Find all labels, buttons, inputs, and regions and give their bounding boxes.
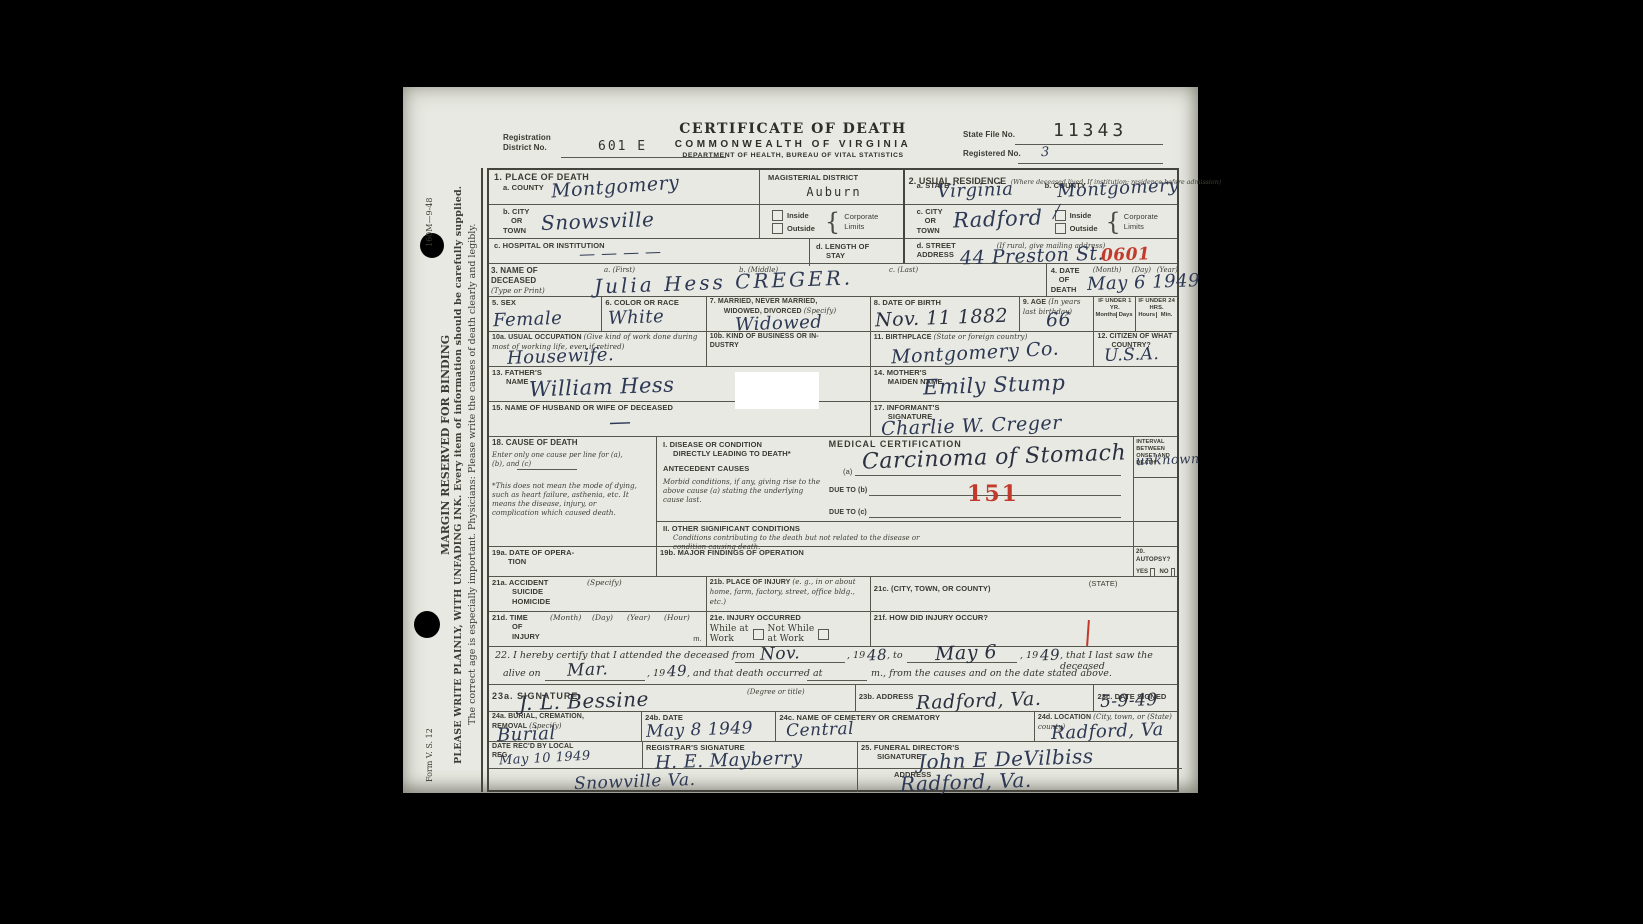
due-to-c-line	[869, 517, 1121, 518]
field-injury-occurred: 21e. INJURY OCCURRED While atWork Not Wh…	[706, 612, 870, 646]
while-at-label: While at	[710, 624, 749, 634]
magisterial-district-value: Auburn	[760, 185, 908, 199]
pod-outside-label: Outside	[787, 224, 815, 233]
father-value: William Hess	[529, 372, 675, 401]
field-res-city: c. CITY OR TOWN Radford ╱Inside Outside …	[905, 205, 1177, 239]
sex-label: 5. SEX	[492, 298, 598, 307]
field-how-injury-occurred: 21f. HOW DID INJURY OCCUR?	[870, 612, 1177, 646]
magisterial-district-label: MAGISTERIAL DISTRICT	[760, 170, 908, 182]
injury-a-label-2: SUICIDE	[492, 587, 543, 596]
res-checkboxes: ╱Inside Outside	[1055, 208, 1098, 236]
due-to-b-label: DUE TO (b)	[829, 487, 867, 496]
print-code: 160M—9-48	[425, 127, 434, 247]
pod-outside-checkbox	[772, 223, 783, 234]
margin-instruction-2: The correct age is especially important.…	[467, 167, 478, 782]
pod-hospital-value: ————	[579, 241, 668, 263]
certify-19a: , 19	[847, 650, 865, 661]
marital-label-1: 7. MARRIED, NEVER MARRIED,	[710, 298, 818, 305]
operation-date-label-1: 19a. DATE OF OPERA-	[492, 548, 574, 557]
name-label-1: 3. NAME OF	[491, 266, 538, 275]
cemetery-value: Central	[786, 719, 855, 741]
registered-no-value: 3	[1041, 145, 1050, 160]
cause-note-1: Enter only one cause per line for (a), (…	[492, 451, 632, 469]
certify-19b: , 19	[1020, 650, 1038, 661]
age-label-main: 9. AGE	[1023, 299, 1046, 306]
injury-a-label-3: HOMICIDE	[492, 597, 550, 606]
certify-from-value: Nov.	[760, 643, 801, 664]
form-number: Form V. S. 12	[425, 667, 434, 782]
row-burial: 24a. BURIAL, CREMATION, REMOVAL (Specify…	[489, 712, 1177, 742]
sex-value: Female	[493, 308, 563, 331]
injury-d-hour: (Hour)	[664, 613, 690, 622]
under-24hrs-sublabels: Hours Min.	[1137, 312, 1176, 318]
interval-line-2	[1134, 521, 1177, 522]
pod-city-label-2: OR	[503, 216, 522, 225]
certify-alive-value: Mar.	[567, 659, 609, 680]
field-time-of-injury: 21d. TIME (Month) (Day) (Year) (Hour) OF…	[489, 612, 706, 646]
margin-binding-note: MARGIN RESERVED FOR BINDING	[439, 172, 452, 717]
not-while-label: Not While	[768, 624, 815, 634]
injury-a-label-1: 21a. ACCIDENT	[492, 578, 548, 587]
certify-p2: , to	[887, 650, 903, 661]
field-color-race: 6. COLOR OR RACE White	[601, 297, 705, 331]
field-occupation: 10a. USUAL OCCUPATION (Give kind of work…	[489, 332, 706, 366]
citizen-value: U.S.A.	[1104, 344, 1160, 366]
field-place-of-injury: 21b. PLACE OF INJURY (e. g., in or about…	[706, 577, 870, 611]
under-1yr-label: IF UNDER 1 YR.	[1095, 298, 1134, 312]
field-age: 9. AGE (In years last birthday) 66	[1019, 297, 1094, 331]
certify-19c: , 19	[647, 668, 665, 679]
certificate-title: CERTIFICATE OF DEATH	[633, 121, 953, 137]
injury-d-label: 21d. TIME (Month) (Day) (Year) (Hour) OF…	[492, 613, 703, 641]
injury-b-label-main: 21b. PLACE OF INJURY	[710, 579, 791, 586]
res-city-label-2: OR	[917, 216, 936, 225]
birthplace-label-main: 11. BIRTHPLACE	[874, 334, 932, 341]
res-street-code: 0601	[1100, 244, 1150, 266]
field-date-of-death: 4. DATE OF DEATH (Month) (Day) (Year) Ma…	[1046, 264, 1177, 296]
field-pod-county: 1. PLACE OF DEATH a. COUNTY Montgomery M…	[489, 170, 903, 205]
field-marital-status: 7. MARRIED, NEVER MARRIED, WIDOWED, DIVO…	[706, 297, 870, 331]
field-cause-of-death-notes: 18. CAUSE OF DEATH Enter only one cause …	[489, 437, 656, 546]
form-grid: 1. PLACE OF DEATH a. COUNTY Montgomery M…	[487, 168, 1179, 792]
death-certificate-page: 160M—9-48 Form V. S. 12 MARGIN RESERVED …	[403, 87, 1198, 793]
field-length-of-stay: d. LENGTH OF STAY	[809, 239, 908, 266]
under-1yr-sublabels: Months Days	[1095, 312, 1134, 318]
cause-code-151: 151	[967, 481, 1019, 507]
interval-value: unknown	[1136, 452, 1200, 469]
res-corporate-limits-group: ╱Inside Outside { Corporate Limits	[1055, 205, 1158, 238]
citizen-label-1: 12. CITIZEN OF WHAT	[1097, 333, 1172, 340]
res-city-value: Radford	[952, 205, 1042, 232]
injury-a-label: 21a. ACCIDENT (Specify) SUICIDE HOMICIDE	[492, 578, 703, 606]
date-received-label-1: DATE REC'D BY LOCAL	[492, 743, 573, 750]
check-mark: ╱	[1053, 205, 1061, 220]
res-inside-checkbox: ╱	[1055, 210, 1066, 221]
cause-a-label: (a)	[843, 467, 852, 476]
pod-county-label: a. COUNTY	[503, 183, 544, 192]
res-street-label: d. STREET ADDRESS	[917, 241, 956, 260]
field-pod-hospital: c. HOSPITAL OR INSTITUTION ———— d. LENGT…	[489, 239, 903, 266]
row-cause-of-death: 18. CAUSE OF DEATH Enter only one cause …	[489, 437, 1177, 547]
address-value: Radford, Va.	[915, 688, 1041, 714]
pod-city-label-3: TOWN	[503, 226, 526, 235]
other-conditions-block: II. OTHER SIGNIFICANT CONDITIONS Conditi…	[657, 521, 1133, 546]
antecedent-label: ANTECEDENT CAUSES	[663, 464, 749, 473]
race-value: White	[608, 306, 665, 329]
min-label: Min.	[1157, 312, 1176, 318]
disease-label-1: I. DISEASE OR CONDITION	[663, 440, 762, 449]
cause-note-divider	[517, 469, 577, 470]
operation-date-label: 19a. DATE OF OPERA- TION	[492, 548, 653, 567]
res-city-label-1: c. CITY	[917, 207, 943, 216]
field-date-signed: 23c. DATE SIGNED 5-9-49	[1093, 685, 1177, 711]
registration-label: Registration	[503, 133, 551, 142]
other-conditions-label: II. OTHER SIGNIFICANT CONDITIONS	[657, 522, 1133, 533]
title-block: CERTIFICATE OF DEATH COMMONWEALTH OF VIR…	[633, 121, 953, 159]
signature-note: (Degree or title)	[747, 688, 805, 697]
field-mother-name: 14. MOTHER'S MAIDEN NAME Emily Stump	[870, 367, 1177, 401]
field-magisterial-district: MAGISTERIAL DISTRICT Auburn	[759, 170, 908, 204]
field-cemetery-location: 24d. LOCATION (City, town, or county) (S…	[1034, 712, 1177, 741]
dod-label: 4. DATE OF DEATH	[1051, 266, 1080, 294]
field-autopsy: 20. AUTOPSY? YES NO	[1133, 547, 1177, 576]
injury-e-label: 21e. INJURY OCCURRED	[710, 613, 867, 622]
dod-label-1: 4. DATE	[1051, 266, 1080, 275]
length-of-stay-label: d. LENGTH OF STAY	[810, 239, 908, 261]
injury-c-label: 21c. (CITY, TOWN, OR COUNTY)	[874, 584, 991, 593]
certify-p1: 22. I hereby certify that I attended the…	[495, 650, 755, 661]
certify-p4: alive on	[495, 668, 541, 679]
res-brace: {	[1106, 208, 1121, 236]
certify-year-1: 48	[867, 646, 888, 665]
field-birthplace: 11. BIRTHPLACE (State or foreign country…	[870, 332, 1094, 366]
pod-city-value: Snowsville	[541, 207, 655, 235]
res-city-label-3: TOWN	[917, 226, 940, 235]
margin-instruction-1: PLEASE WRITE PLAINLY, WITH UNFADING INK.…	[453, 167, 464, 782]
mother-value: Emily Stump	[922, 371, 1065, 400]
field-informant-signature: 17. INFORMANT'S SIGNATURE Charlie W. Cre…	[870, 402, 1177, 436]
field-physician-address: 23b. ADDRESS Radford, Va.	[855, 685, 1094, 711]
commonwealth-subtitle: COMMONWEALTH OF VIRGINIA	[633, 139, 953, 150]
stay-label-1: d. LENGTH OF	[816, 242, 869, 251]
interval-line-1	[1134, 477, 1177, 478]
location-label-main: 24d. LOCATION	[1038, 714, 1091, 721]
field-res-state-county: 2. USUAL RESIDENCE (Where deceased lived…	[905, 170, 1177, 205]
field-interval-onset-death: INTERVAL BETWEEN ONSET AND DEATH unknown	[1133, 437, 1177, 546]
injury-d-year: (Year)	[627, 613, 650, 622]
state-file-label: State File No.	[963, 130, 1015, 140]
field-date-of-operation: 19a. DATE OF OPERA- TION	[489, 547, 656, 576]
field-burial-type: 24a. BURIAL, CREMATION, REMOVAL (Specify…	[489, 712, 641, 741]
field-medical-certification: MEDICAL CERTIFICATION I. DISEASE OR COND…	[656, 437, 1133, 546]
field-physician-signature: 23a. SIGNATURE (Degree or title) J. L. B…	[489, 685, 855, 711]
autopsy-yes-checkbox	[1150, 568, 1154, 577]
autopsy-yes-label: YES	[1136, 569, 1148, 575]
row-injury-1: 21a. ACCIDENT (Specify) SUICIDE HOMICIDE…	[489, 577, 1177, 612]
row-injury-2: 21d. TIME (Month) (Day) (Year) (Hour) OF…	[489, 612, 1177, 647]
field-business-industry: 10b. KIND OF BUSINESS OR IN- DUSTRY	[706, 332, 870, 366]
injury-d-m-label: m.	[693, 634, 702, 643]
mother-label-1: 14. MOTHER'S	[874, 368, 927, 377]
under-24hrs-label: IF UNDER 24 HRS.	[1137, 298, 1176, 312]
row-parents: 13. FATHER'S NAME William Hess 14. MOTHE…	[489, 367, 1177, 402]
business-label-2: DUSTRY	[710, 342, 739, 349]
pod-brace: {	[825, 208, 840, 236]
dod-value: May 6 1949	[1086, 270, 1200, 295]
row-name-date: 3. NAME OF DECEASED (Type or Print) a. (…	[489, 264, 1177, 297]
funeral-address-value: Radford, Va.	[900, 768, 1032, 797]
pod-corporate-word: Corporate	[844, 212, 878, 221]
pod-inside-label: Inside	[787, 211, 809, 220]
business-label: 10b. KIND OF BUSINESS OR IN- DUSTRY	[710, 333, 867, 351]
cause-note-2: *This does not mean the mode of dying, s…	[492, 481, 642, 517]
occupation-value: Housewife.	[507, 344, 615, 369]
not-while-at-work-checkbox	[818, 629, 829, 640]
funeral-director-label-2: SIGNATURE	[861, 752, 922, 761]
hours-label: Hours	[1137, 312, 1157, 318]
certify-year-2: 49	[1040, 646, 1061, 665]
injury-d-label-2: OF	[492, 622, 523, 631]
res-state-value: Virginia	[936, 179, 1013, 203]
spouse-value: —	[609, 410, 632, 436]
while-at-work-checkbox	[753, 629, 764, 640]
row-spouse-informant: 15. NAME OF HUSBAND OR WIFE OF DECEASED …	[489, 402, 1177, 437]
state-file-value: 11343	[1053, 120, 1127, 141]
row-operation: 19a. DATE OF OPERA- TION 19b. MAJOR FIND…	[489, 547, 1177, 577]
row-occupation: 10a. USUAL OCCUPATION (Give kind of work…	[489, 332, 1177, 367]
cause-label: 18. CAUSE OF DEATH	[492, 438, 653, 448]
page-background: { "margin": { "print_code": "160M—9-48",…	[0, 0, 1643, 924]
while-at-work-label: While atWork	[710, 624, 749, 644]
department-line: DEPARTMENT OF HEALTH, BUREAU OF VITAL ST…	[633, 152, 953, 159]
autopsy-no-label: NO	[1160, 569, 1169, 575]
field-date-received: DATE REC'D BY LOCAL REG. May 10 1949	[489, 742, 642, 769]
operation-date-label-2: TION	[492, 557, 526, 566]
injury-b-label: 21b. PLACE OF INJURY (e. g., in or about…	[710, 578, 867, 607]
occupation-label-main: 10a. USUAL OCCUPATION	[492, 334, 582, 341]
field-cemetery-name: 24c. NAME OF CEMETERY OR CREMATORY Centr…	[775, 712, 1033, 741]
business-label-1: 10b. KIND OF BUSINESS OR IN-	[710, 333, 819, 340]
registrar-place-value: Snowville Va.	[574, 770, 696, 794]
injury-d-label-3: INJURY	[492, 632, 540, 641]
row-vitals: 5. SEX Female 6. COLOR OR RACE White 7. …	[489, 297, 1177, 332]
certify-to-value: May 6	[935, 641, 998, 665]
certify-year-3: 49	[667, 662, 688, 681]
pod-city-label: b. CITY OR TOWN	[503, 207, 530, 235]
registered-no-underline	[1018, 163, 1163, 164]
field-sex: 5. SEX Female	[489, 297, 601, 331]
res-street-label-2: ADDRESS	[917, 250, 954, 259]
injury-d-label-1: 21d. TIME	[492, 613, 528, 622]
field-funeral-director: 25. FUNERAL DIRECTOR'S SIGNATURE John E …	[857, 742, 1182, 792]
res-street-label-1: d. STREET	[917, 241, 956, 250]
white-out-patch	[735, 372, 819, 409]
field-if-under-24hrs: IF UNDER 24 HRS. Hours Min.	[1135, 297, 1177, 331]
injury-e-options: While atWork Not Whileat Work	[710, 624, 867, 644]
due-to-c-label: DUE TO (c)	[829, 509, 867, 518]
date-signed-value: 5-9-49	[1100, 690, 1158, 712]
morbid-note: Morbid conditions, if any, giving rise t…	[663, 477, 823, 504]
field-burial-date: 24b. DATE May 8 1949	[641, 712, 775, 741]
registered-no-label: Registered No.	[963, 149, 1021, 159]
name-label: 3. NAME OF DECEASED (Type or Print)	[491, 266, 545, 296]
field-res-street: d. STREET ADDRESS (If rural, give mailin…	[905, 239, 1177, 266]
certify-line-2: alive on Mar. , 19 49 , and that death o…	[495, 668, 1171, 683]
res-corporate-word: Corporate	[1124, 212, 1158, 221]
name-last-label: c. (Last)	[889, 266, 918, 275]
pod-limits-word: Limits	[844, 222, 864, 231]
burial-date-value: May 8 1949	[646, 718, 754, 742]
state-file-underline	[1015, 144, 1163, 145]
days-label: Days	[1117, 312, 1134, 318]
father-label-2: NAME	[492, 377, 528, 386]
interval-label-1: INTERVAL BETWEEN	[1136, 439, 1165, 452]
res-outside-checkbox	[1055, 223, 1066, 234]
signature-value: J. L. Bessine	[519, 687, 650, 716]
pod-city-label-1: b. CITY	[503, 207, 530, 216]
certify-p5: , and that death occurred at	[687, 668, 822, 679]
res-corporate-label: Corporate Limits	[1124, 212, 1158, 231]
months-label: Months	[1095, 312, 1117, 318]
certify-blank-4	[807, 680, 867, 681]
field-pod-city: b. CITY OR TOWN Snowsville Inside Outsid…	[489, 205, 903, 239]
row-registrar-funeral: DATE REC'D BY LOCAL REG. May 10 1949 REG…	[489, 742, 1177, 792]
pod-corporate-label: Corporate Limits	[844, 212, 878, 231]
field-certify-statement: 22. I hereby certify that I attended the…	[489, 647, 1177, 684]
injury-d-month: (Month)	[550, 613, 581, 622]
location-value: Radford, Va	[1050, 719, 1164, 744]
row-signature: 23a. SIGNATURE (Degree or title) J. L. B…	[489, 685, 1177, 712]
cause-a-line	[855, 475, 1121, 476]
injury-d-day: (Day)	[592, 613, 613, 622]
field-registrar-place: Snowville Va.	[489, 768, 857, 792]
age-value: 66	[1046, 309, 1072, 332]
autopsy-label: 20. AUTOPSY?	[1136, 548, 1175, 564]
informant-label-1: 17. INFORMANT'S	[874, 403, 940, 412]
pod-corporate-limits-group: Inside Outside { Corporate Limits	[759, 205, 908, 238]
res-outside-label: Outside	[1070, 224, 1098, 233]
name-label-3: (Type or Print)	[491, 287, 545, 295]
not-while-at-work-label: Not Whileat Work	[768, 624, 815, 644]
dod-label-2: OF	[1051, 275, 1070, 284]
work-label: Work	[710, 634, 734, 644]
autopsy-no-checkbox	[1171, 568, 1175, 577]
injury-f-label: 21f. HOW DID INJURY OCCUR?	[874, 613, 1174, 622]
res-limits-word: Limits	[1124, 222, 1144, 231]
certify-blank-3	[545, 680, 645, 681]
father-label-1: 13. FATHER'S	[492, 368, 542, 377]
field-accident-suicide-homicide: 21a. ACCIDENT (Specify) SUICIDE HOMICIDE	[489, 577, 706, 611]
row-place-residence: 1. PLACE OF DEATH a. COUNTY Montgomery M…	[489, 170, 1177, 264]
registration-district-label: Registration District No.	[503, 133, 551, 153]
field-citizen: 12. CITIZEN OF WHAT COUNTRY? U.S.A.	[1093, 332, 1177, 366]
name-label-2: DECEASED	[491, 276, 536, 285]
district-no-label: District No.	[503, 143, 547, 152]
pod-inside-checkbox	[772, 210, 783, 221]
field-if-under-1yr: IF UNDER 1 YR. Months Days	[1093, 297, 1135, 331]
field-injury-city-state: 21c. (CITY, TOWN, OR COUNTY) (STATE)	[870, 577, 1177, 611]
address-label: 23b. ADDRESS	[859, 692, 914, 701]
disease-label: I. DISEASE OR CONDITION DIRECTLY LEADING…	[663, 440, 791, 459]
field-major-findings: 19b. MAJOR FINDINGS OF OPERATION	[656, 547, 1133, 576]
row-certify-statement: 22. I hereby certify that I attended the…	[489, 647, 1177, 685]
injury-a-note: (Specify)	[587, 578, 622, 587]
punch-hole-bottom	[414, 611, 440, 638]
burial-label-1: 24a. BURIAL, CREMATION,	[492, 713, 584, 720]
disease-label-2: DIRECTLY LEADING TO DEATH*	[663, 449, 791, 458]
field-name-of-deceased: 3. NAME OF DECEASED (Type or Print) a. (…	[489, 264, 1046, 296]
dod-label-3: DEATH	[1051, 285, 1077, 294]
stay-label-2: STAY	[816, 251, 845, 260]
certify-p6: m., from the causes and on the date stat…	[871, 668, 1112, 679]
binding-border-line	[481, 168, 483, 792]
res-city-label: c. CITY OR TOWN	[917, 207, 943, 235]
autopsy-options: YES NO	[1136, 568, 1175, 577]
pod-checkboxes: Inside Outside	[772, 208, 815, 236]
field-date-of-birth: 8. DATE OF BIRTH Nov. 11 1882	[870, 297, 1019, 331]
section-place-of-death: 1. PLACE OF DEATH a. COUNTY Montgomery M…	[489, 170, 905, 263]
injury-state-label: (STATE)	[1089, 579, 1118, 588]
res-inside-label: Inside	[1070, 211, 1092, 220]
section-usual-residence: 2. USUAL RESIDENCE (Where deceased lived…	[905, 170, 1177, 263]
major-findings-label: 19b. MAJOR FINDINGS OF OPERATION	[660, 548, 1130, 557]
dob-value: Nov. 11 1882	[874, 305, 1008, 332]
field-registrar-signature: REGISTRAR'S SIGNATURE H. E. Mayberry	[642, 742, 858, 769]
